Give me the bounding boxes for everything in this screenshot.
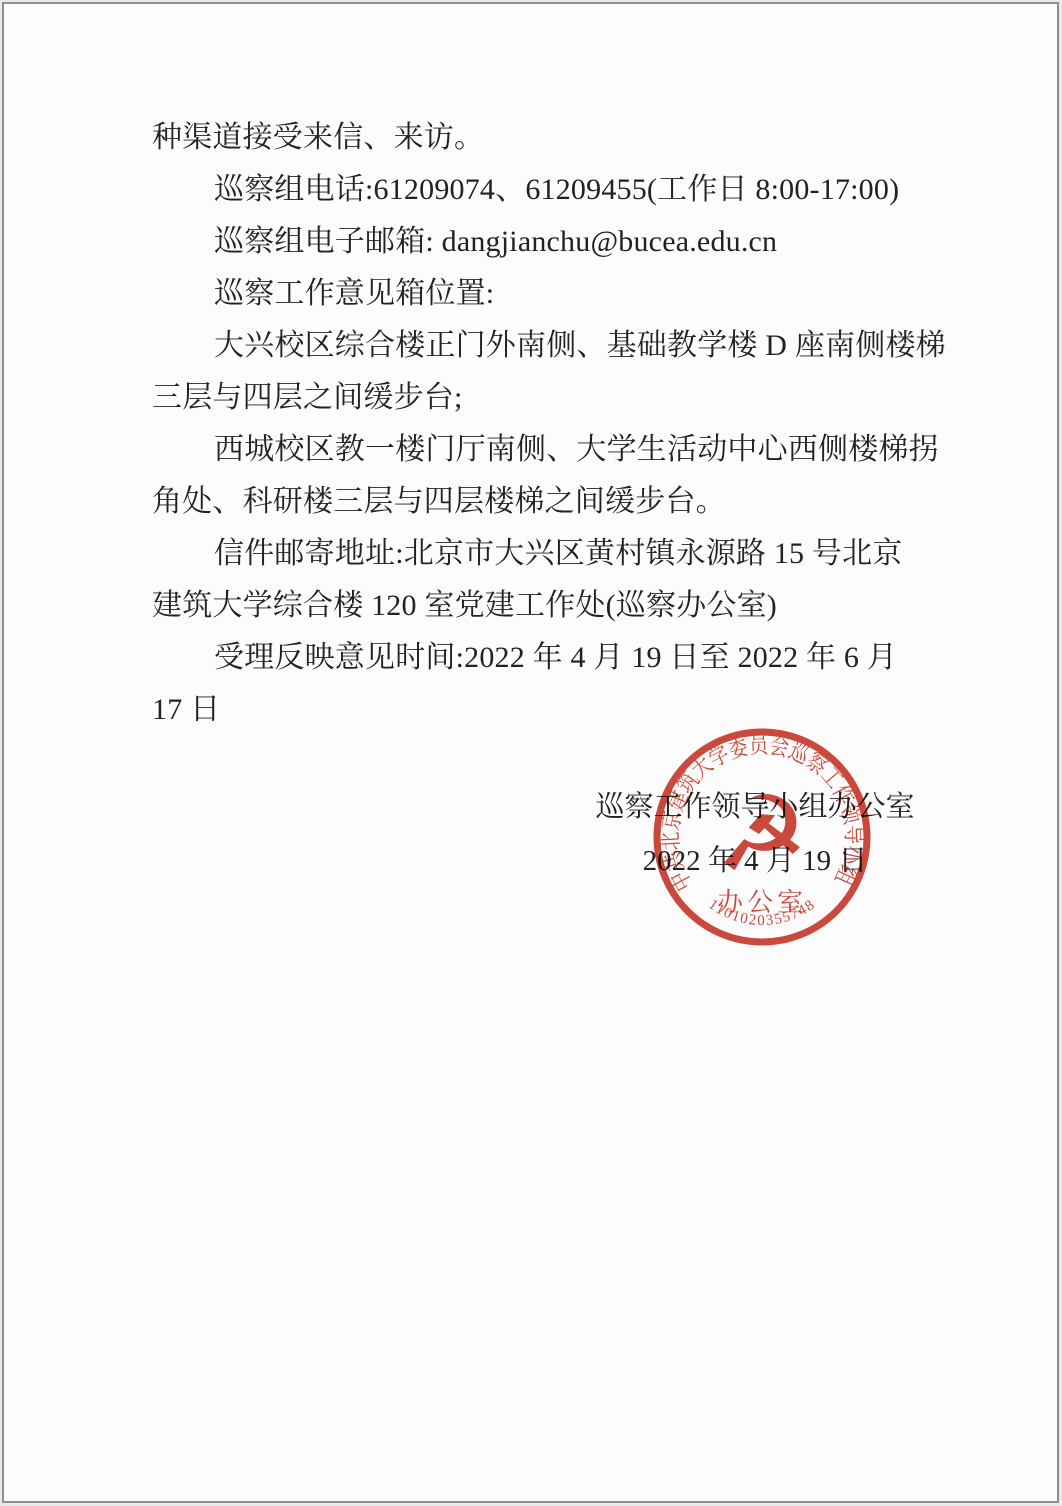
body-line-2: 巡察组电话:61209074、61209455(工作日 8:00-17:00) bbox=[152, 164, 932, 216]
body-line-9: 信件邮寄地址:北京市大兴区黄村镇永源路 15 号北京 bbox=[152, 528, 932, 580]
body-line-6: 三层与四层之间缓步台; bbox=[152, 372, 932, 424]
body-line-4: 巡察工作意见箱位置: bbox=[152, 268, 932, 320]
body-line-3: 巡察组电子邮箱: dangjianchu@bucea.edu.cn bbox=[152, 216, 932, 268]
seal-serial-number: 1101020355748 bbox=[705, 897, 818, 929]
body-line-1: 种渠道接受来信、来访。 bbox=[152, 112, 932, 164]
body-line-5: 大兴校区综合楼正门外南侧、基础教学楼 D 座南侧楼梯 bbox=[152, 320, 932, 372]
document-page: 种渠道接受来信、来访。 巡察组电话:61209074、61209455(工作日 … bbox=[2, 2, 1059, 1503]
seal-center-text: 办公室 bbox=[717, 888, 807, 917]
body-line-7: 西城校区教一楼门厅南侧、大学生活动中心西侧楼梯拐 bbox=[152, 424, 932, 476]
document-body: 种渠道接受来信、来访。 巡察组电话:61209074、61209455(工作日 … bbox=[152, 112, 932, 736]
signature-block: 巡察工作领导小组办公室 2022 年 4 月 19 日 bbox=[592, 780, 918, 888]
body-line-8: 角处、科研楼三层与四层楼梯之间缓步台。 bbox=[152, 476, 932, 528]
signature-office: 巡察工作领导小组办公室 bbox=[592, 780, 918, 834]
body-line-12: 17 日 bbox=[152, 684, 932, 736]
body-line-10: 建筑大学综合楼 120 室党建工作处(巡察办公室) bbox=[152, 580, 932, 632]
signature-date: 2022 年 4 月 19 日 bbox=[592, 834, 918, 888]
body-line-11: 受理反映意见时间:2022 年 4 月 19 日至 2022 年 6 月 bbox=[152, 632, 932, 684]
